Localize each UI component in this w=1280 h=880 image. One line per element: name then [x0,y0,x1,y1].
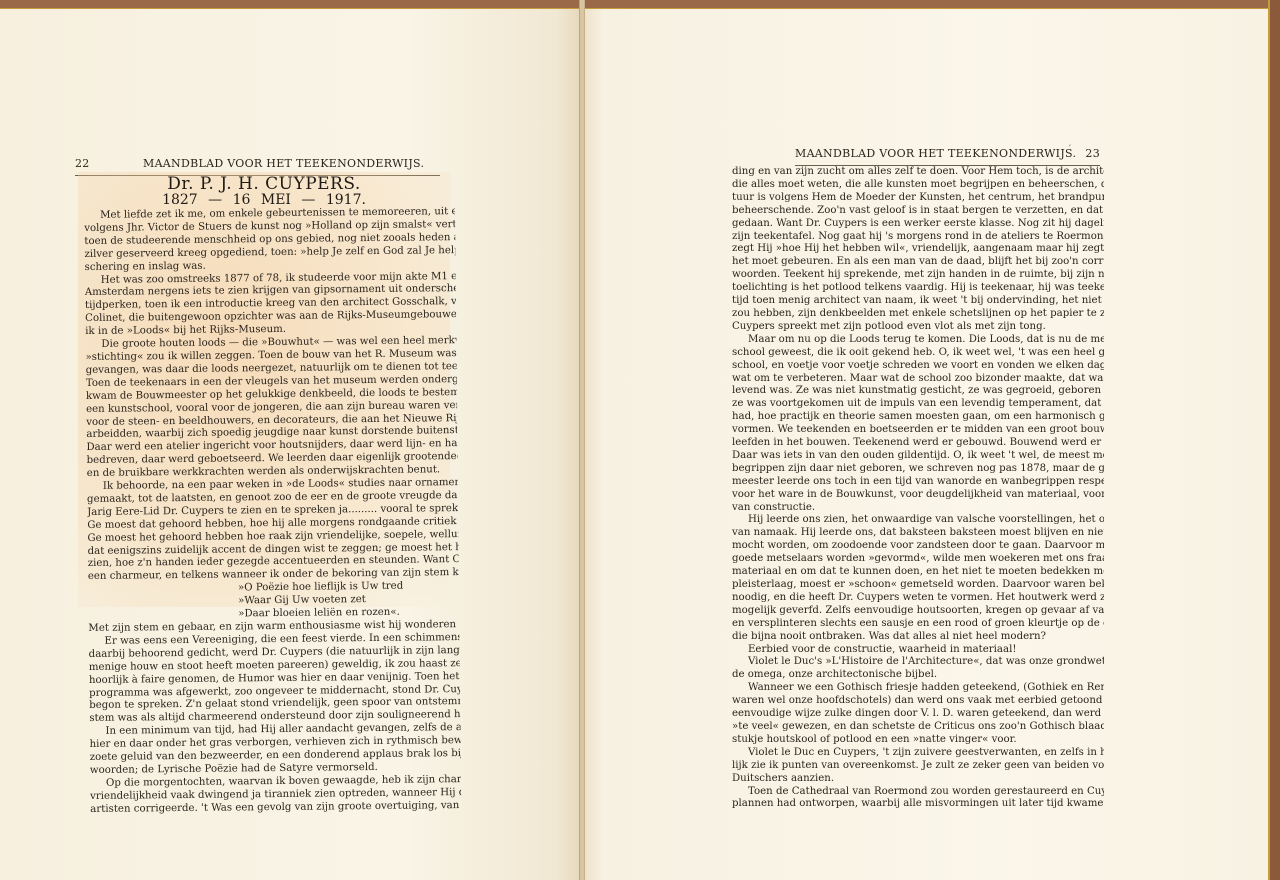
right-page-body-text: ding en van zijn zucht om alles zelf te … [732,166,1104,811]
text-line: eenvoudige wijze zulke dingen door V. l.… [732,708,1104,721]
text-line: Maar om nu op die Loods terug te komen. … [732,334,1104,347]
text-line: Toen de Cathedraal van Roermond zou word… [732,786,1104,799]
text-line: mocht worden, om zoodoende voor zandstee… [732,540,1104,553]
text-line: »te veel« gewezen, en dan schetste de Cr… [732,721,1104,734]
text-line: Wanneer we een Gothisch friesje hadden g… [732,682,1104,695]
pencil-mark: ˊ [1067,145,1072,156]
left-page-body-text: Met liefde zet ik me, om enkele gebeurte… [84,206,461,816]
text-line: de omega, onze architectonische bijbel. [732,669,1104,682]
text-line: Cuypers spreekt met zijn potlood even vl… [732,321,1104,334]
text-line: ding en van zijn zucht om alles zelf te … [732,166,1104,179]
text-line: had, hoe practijk en theorie samen moest… [732,411,1104,424]
text-line: school, en voetje voor voetje schreden w… [732,360,1104,373]
text-line: mogelijk geverfd. Zelfs eenvoudige houts… [732,605,1104,618]
text-line: wat om te verbeteren. Maar wat de school… [732,373,1104,386]
text-line: ze was voortgekomen uit de impuls van ee… [732,398,1104,411]
text-line: die alles moet weten, die alle kunsten m… [732,179,1104,192]
text-line: stukje houtskool of potlood en een »natt… [732,734,1104,747]
text-line: Violet le Duc en Cuypers, 't zijn zuiver… [732,747,1104,760]
text-line: zijn teekentafel. Nog gaat hij 's morgen… [732,231,1104,244]
right-running-head-title: MAANDBLAD VOOR HET TEEKENONDERWIJS. [795,147,1076,160]
text-line: school geweest, die ik ooit gekend heb. … [732,347,1104,360]
text-line: tuur is volgens Hem de Moeder der Kunste… [732,192,1104,205]
text-line: het moet gebeuren. En als een man van de… [732,256,1104,269]
text-line: voor het ware in de Bouwkunst, voor deug… [732,489,1104,502]
text-line: van namaak. Hij leerde ons, dat baksteen… [732,527,1104,540]
text-line: Hij leerde ons zien, het onwaardige van … [732,514,1104,527]
text-line: toelichting is het potlood telkens vaard… [732,282,1104,295]
text-line: begrippen zijn daar niet geboren, we sch… [732,463,1104,476]
text-line: materiaal en om dat te kunnen doen, en h… [732,566,1104,579]
text-line: tijd toen menig architect van naam, ik w… [732,295,1104,308]
text-line: van constructie. [732,502,1104,515]
text-line: levend was. Ze was niet kunstmatig gesti… [732,385,1104,398]
text-line: die bijna nooit ontbraken. Was dat alles… [732,631,1104,644]
article-dates: 1827 — 16 MEI — 1917. [78,192,450,208]
text-line: Daar was iets in van den ouden gildentij… [732,450,1104,463]
text-line: noodig, en die heeft Dr. Cuypers weten t… [732,592,1104,605]
text-line: en versplinteren slechts een sausje en e… [732,618,1104,631]
text-line: beheerschende. Zoo'n vast geloof is in s… [732,205,1104,218]
text-line: woorden. Teekent hij sprekende, met zijn… [732,269,1104,282]
text-line: leefden in het bouwen. Teekenend werd er… [732,437,1104,450]
text-line: Eerbied voor de constructie, waarheid in… [732,644,1104,657]
book-cover-right-edge [1268,0,1280,880]
right-page-number: 23 [1085,147,1100,160]
left-page-number: 22 [75,157,90,170]
text-line: plannen had ontworpen, waarbij alle misv… [732,798,1104,811]
text-line: goede metselaars worden »gevormd«, wilde… [732,553,1104,566]
right-running-head: MAANDBLAD VOOR HET TEEKENONDERWIJS. ˊ 23 [795,147,1100,166]
text-line: gedaan. Want Dr. Cuypers is een werker e… [732,218,1104,231]
text-line: meester leerde ons toch in een tijd van … [732,476,1104,489]
left-running-head-title: MAANDBLAD VOOR HET TEEKENONDERWIJS. [143,157,424,170]
text-line: waren wel onze hoofdschotels) dan werd o… [732,695,1104,708]
text-line: zegt Hij »hoe Hij het hebben wil«, vrien… [732,243,1104,256]
text-line: pleisterlaag, moest er »schoon« gemetsel… [732,579,1104,592]
article-title: Dr. P. J. H. CUYPERS. [78,174,450,194]
text-line: Duitschers aanzien. [732,773,1104,786]
book-spine-gutter [579,0,585,880]
text-line: zou hebben, zijn denkbeelden met enkele … [732,308,1104,321]
text-line: vormen. We teekenden en boetseerden er t… [732,424,1104,437]
text-line: lijk zie ik punten van overeenkomst. Je … [732,760,1104,773]
text-line: Violet le Duc's »L'Histoire de l'Archite… [732,656,1104,669]
